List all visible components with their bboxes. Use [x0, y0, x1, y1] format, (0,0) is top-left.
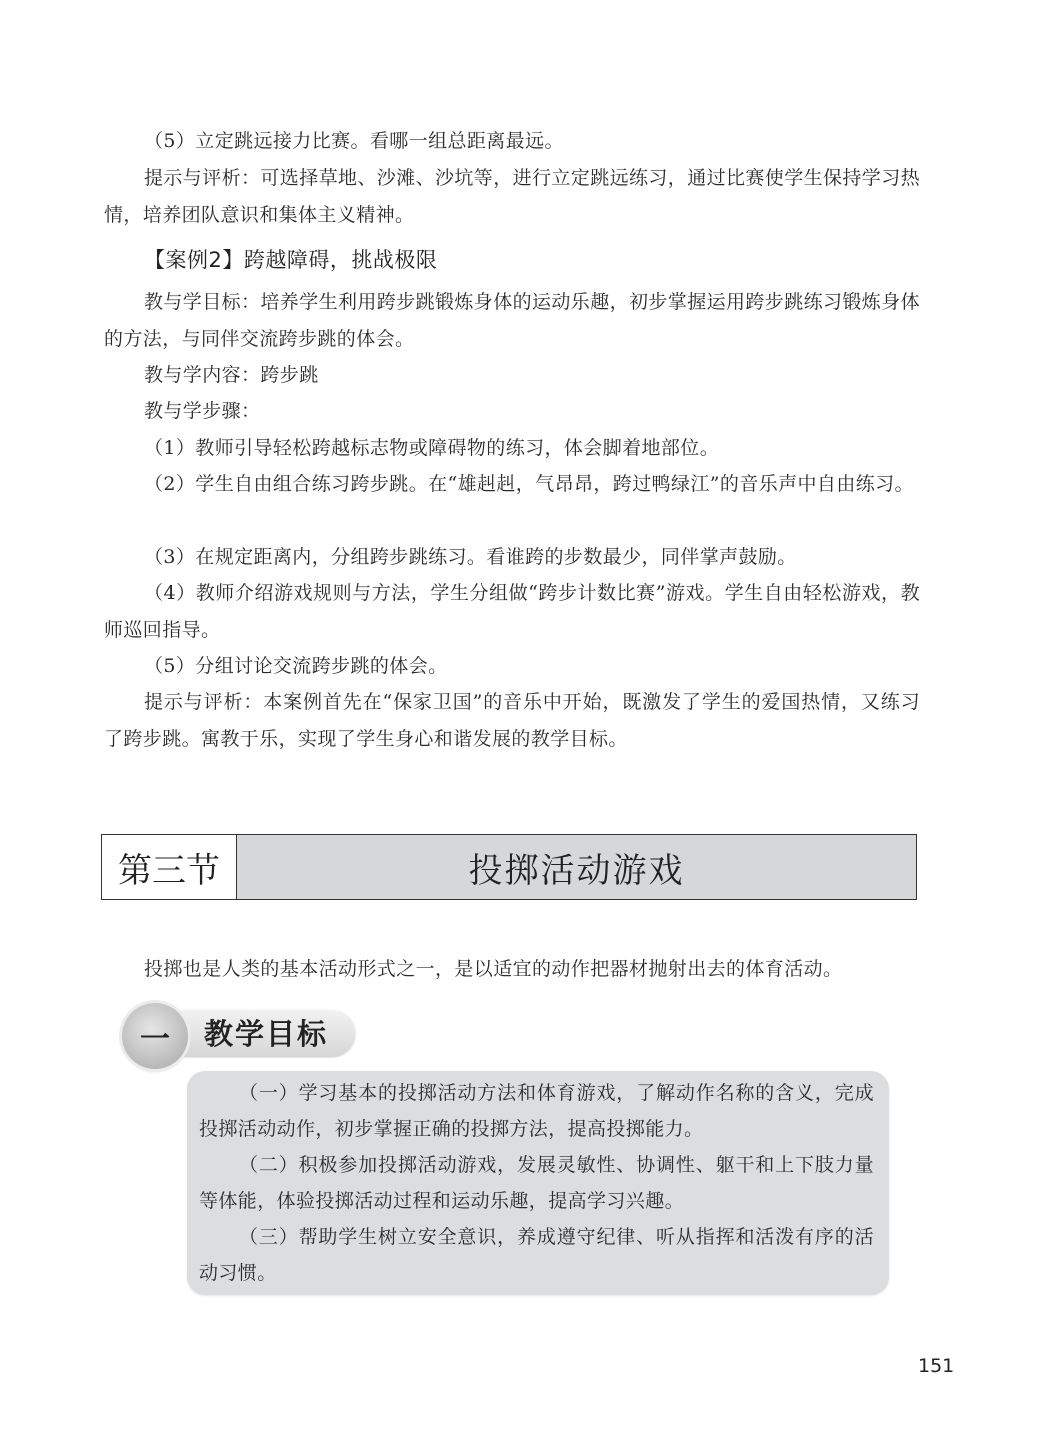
goal-3: （三）帮助学生树立安全意识，养成遵守纪律、听从指挥和活泼有序的活动习惯。	[199, 1219, 874, 1291]
section-title: 投掷活动游戏	[237, 835, 916, 899]
case2-step-1: （1）教师引导轻松跨越标志物或障碍物的练习，体会脚着地部位。	[104, 430, 920, 467]
case2-step-3: （3）在规定距离内，分组跨步跳练习。看谁跨的步数最少，同伴掌声鼓励。	[104, 539, 920, 576]
case2-steps-label: 教与学步骤：	[104, 393, 920, 430]
section-heading: 第三节 投掷活动游戏	[101, 834, 917, 900]
case2-step-2: （2）学生自由组合练习跨步跳。在“雄赳赳，气昂昂，跨过鸭绿江”的音乐声中自由练习…	[104, 466, 920, 503]
goal-1: （一）学习基本的投掷活动方法和体育游戏，了解动作名称的含义，完成投掷活动动作，初…	[199, 1075, 874, 1147]
case2-title: 【案例2】跨越障碍，挑战极限	[144, 244, 437, 274]
subsection-title: 教学目标	[204, 1012, 328, 1053]
case1-step-5: （5）立定跳远接力比赛。看哪一组总距离最远。	[104, 123, 920, 160]
case2-step-4: （4）教师介绍游戏规则与方法，学生分组做“跨步计数比赛”游戏。学生自由轻松游戏，…	[104, 575, 920, 649]
section-number: 第三节	[102, 835, 237, 899]
page-number: 151	[918, 1355, 954, 1377]
subsection-number-badge: 一	[122, 1003, 188, 1069]
case2-step-5: （5）分组讨论交流跨步跳的体会。	[104, 648, 920, 685]
case2-tips: 提示与评析：本案例首先在“保家卫国”的音乐中开始，既激发了学生的爱国热情，又练习…	[104, 684, 920, 758]
case1-tips: 提示与评析：可选择草地、沙滩、沙坑等，进行立定跳远练习，通过比赛使学生保持学习热…	[104, 160, 920, 234]
section-intro: 投掷也是人类的基本活动形式之一，是以适宜的动作把器材抛射出去的体育活动。	[104, 951, 920, 988]
goals-box: （一）学习基本的投掷活动方法和体育游戏，了解动作名称的含义，完成投掷活动动作，初…	[187, 1071, 889, 1295]
case2-goal: 教与学目标：培养学生利用跨步跳锻炼身体的运动乐趣，初步掌握运用跨步跳练习锻炼身体…	[104, 284, 920, 358]
case2-content: 教与学内容：跨步跳	[104, 357, 920, 394]
goal-2: （二）积极参加投掷活动游戏，发展灵敏性、协调性、躯干和上下肢力量等体能，体验投掷…	[199, 1147, 874, 1219]
